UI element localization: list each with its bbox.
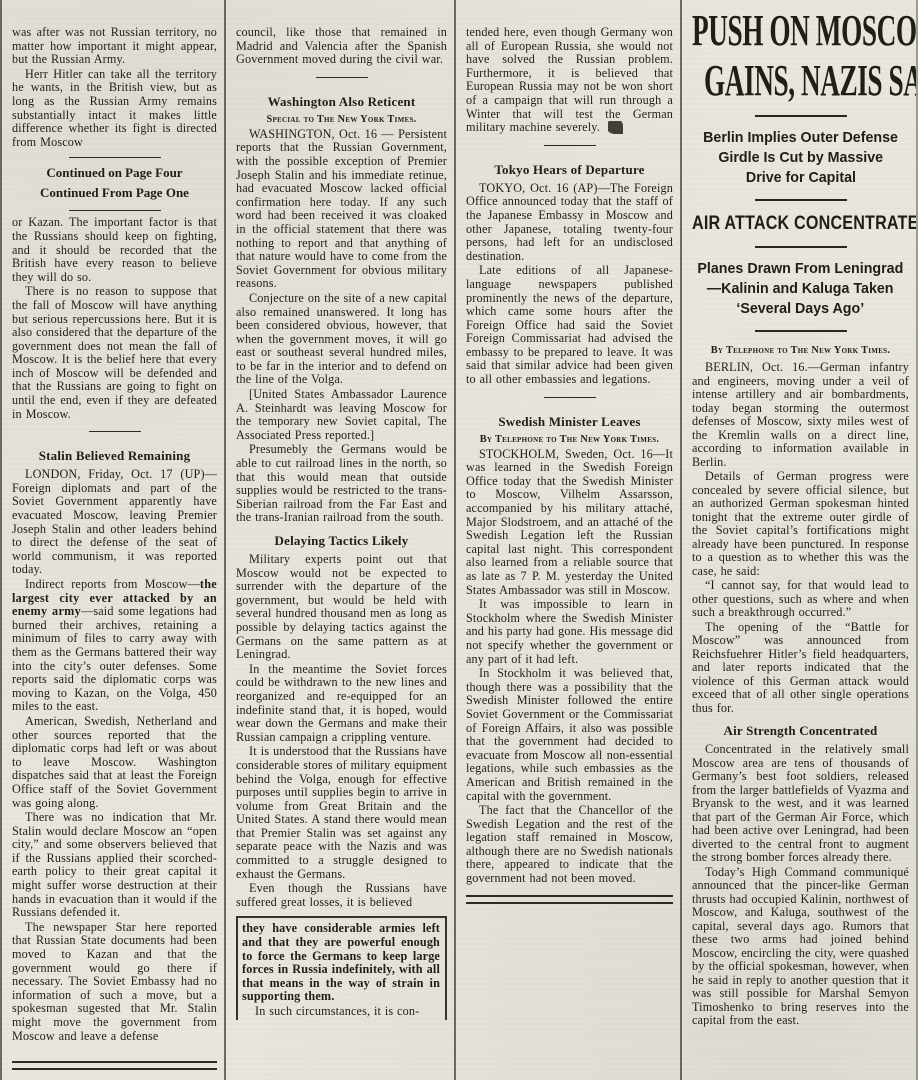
article-paragraph: American, Swedish, Netherland and other …: [12, 715, 217, 810]
article-paragraph: or Kazan. The important factor is that t…: [12, 216, 217, 284]
column-1: was after was not Russian territory, no …: [0, 0, 224, 1080]
subhead-tokyo-hears-of-departure: Tokyo Hears of Departure: [466, 162, 673, 178]
article-paragraph: Details of German progress were conceale…: [692, 470, 909, 578]
deck-text: Planes Drawn From Leningrad: [698, 259, 904, 279]
section-rule: [755, 246, 847, 248]
article-paragraph: Today’s High Command communiqué announce…: [692, 866, 909, 1028]
section-rule: [69, 157, 161, 158]
deck-text: Drive for Capital: [745, 168, 855, 188]
deck-line: ‘Several Days Ago’: [692, 299, 909, 319]
deck-text: —Kalinin and Kaluga Taken: [707, 279, 894, 299]
continued-from-notice: Continued From Page One: [12, 185, 217, 201]
article-paragraph: TOKYO, Oct. 16 (AP)—The Foreign Office a…: [466, 182, 673, 264]
article-paragraph: It is understood that the Russians have …: [236, 745, 447, 881]
article-paragraph: Even though the Russians have suffered g…: [236, 882, 447, 909]
headline-text: GAINS, NAZIS SAY: [704, 55, 918, 106]
article-paragraph: There was no indication that Mr. Stalin …: [12, 811, 217, 920]
article-paragraph: In Stockholm it was believed that, thoug…: [466, 667, 673, 803]
credit-line: Special to The New York Times.: [236, 114, 447, 125]
end-double-rule: [12, 1061, 217, 1070]
headline-text: PUSH ON MOSCOW: [692, 5, 918, 56]
deck-line: —Kalinin and Kaluga Taken: [692, 279, 909, 299]
section-rule: [544, 397, 596, 398]
article-paragraph: Late editions of all Japanese-language n…: [466, 264, 673, 386]
section-rule: [316, 77, 368, 78]
boxed-emphasis-note: they have considerable armies left and t…: [236, 916, 447, 1019]
section-rule: [69, 210, 161, 211]
subhead-air-strength-concentrated: Air Strength Concentrated: [692, 723, 909, 739]
subhead-swedish-minister-leaves: Swedish Minister Leaves: [466, 414, 673, 430]
deck-line: Berlin Implies Outer Defense: [692, 128, 909, 148]
newspaper-page: was after was not Russian territory, no …: [0, 0, 918, 1080]
ink-smudge-icon: [608, 121, 623, 134]
credit-line: By Telephone to The New York Times.: [466, 434, 673, 445]
deck-line: Girdle Is Cut by Massive: [692, 148, 909, 168]
column-layout: was after was not Russian territory, no …: [0, 0, 918, 1080]
article-paragraph: “I cannot say, for that would lead to ot…: [692, 579, 909, 620]
paragraph-text: —said some legations had burned their ar…: [12, 604, 217, 713]
banner-subhead: AIR ATTACK CONCENTRATED: [692, 212, 909, 235]
article-paragraph: The opening of the “Battle for Moscow” w…: [692, 621, 909, 716]
column-4: PUSH ON MOSCOW GAINS, NAZIS SAY Berlin I…: [680, 0, 918, 1080]
deck-text: Berlin Implies Outer Defense: [703, 128, 898, 148]
article-paragraph: In such circumstances, it is con-: [242, 1005, 440, 1019]
article-paragraph: In the meantime the Soviet forces could …: [236, 663, 447, 745]
deck-line: Planes Drawn From Leningrad: [692, 259, 909, 279]
article-paragraph: Herr Hitler can take all the territory h…: [12, 68, 217, 150]
article-paragraph: Concentrated in the relatively small Mos…: [692, 743, 909, 865]
article-paragraph: Military experts point out that Moscow w…: [236, 553, 447, 662]
article-paragraph: STOCKHOLM, Sweden, Oct. 16—It was learne…: [466, 448, 673, 598]
column-3: tended here, even though Germany won all…: [454, 0, 680, 1080]
deck-line: Drive for Capital: [692, 168, 909, 188]
credit-line: By Telephone to The New York Times.: [692, 345, 909, 356]
article-paragraph: The fact that the Chancellor of the Swed…: [466, 804, 673, 886]
paragraph-text: Indirect reports from Moscow—: [25, 577, 200, 591]
article-paragraph: tended here, even though Germany won all…: [466, 26, 673, 135]
article-paragraph: There is no reason to suppose that the f…: [12, 285, 217, 421]
subhead-delaying-tactics-likely: Delaying Tactics Likely: [236, 533, 447, 549]
paragraph-text: tended here, even though Germany won all…: [466, 25, 673, 134]
column-2: council, like those that remained in Mad…: [224, 0, 454, 1080]
article-paragraph: WASHINGTON, Oct. 16 — Persistent reports…: [236, 128, 447, 291]
banner-text: AIR ATTACK CONCENTRATED: [692, 212, 918, 235]
end-double-rule: [466, 895, 673, 904]
article-paragraph: Conjecture on the site of a new capital …: [236, 292, 447, 387]
article-paragraph: was after was not Russian territory, no …: [12, 26, 217, 67]
section-rule: [544, 145, 596, 146]
continued-on-notice: Continued on Page Four: [12, 165, 217, 181]
section-rule: [89, 431, 141, 432]
section-rule: [755, 330, 847, 332]
subhead-stalin-believed-remaining: Stalin Believed Remaining: [12, 448, 217, 464]
headline-rule: [755, 115, 847, 117]
boxed-bold-paragraph: they have considerable armies left and t…: [242, 922, 440, 1004]
deck-text: ‘Several Days Ago’: [737, 299, 865, 319]
headline-line-2: GAINS, NAZIS SAY: [692, 58, 909, 104]
article-paragraph: BERLIN, Oct. 16.—German infantry and eng…: [692, 361, 909, 469]
section-rule: [755, 199, 847, 201]
article-paragraph: [United States Ambassador Laurence A. St…: [236, 388, 447, 442]
article-paragraph: council, like those that remained in Mad…: [236, 26, 447, 67]
article-paragraph: LONDON, Friday, Oct. 17 (UP)—Foreign dip…: [12, 468, 217, 577]
article-paragraph: It was impossible to learn in Stockholm …: [466, 598, 673, 666]
article-paragraph: Indirect reports from Moscow—the largest…: [12, 578, 217, 714]
article-paragraph: Presumebly the Germans would be able to …: [236, 443, 447, 525]
headline-line-1: PUSH ON MOSCOW: [692, 8, 909, 54]
subhead-washington-also-reticent: Washington Also Reticent: [236, 94, 447, 110]
article-paragraph: The newspaper Star here reported that Ru…: [12, 921, 217, 1043]
deck-text: Girdle Is Cut by Massive: [718, 148, 883, 168]
